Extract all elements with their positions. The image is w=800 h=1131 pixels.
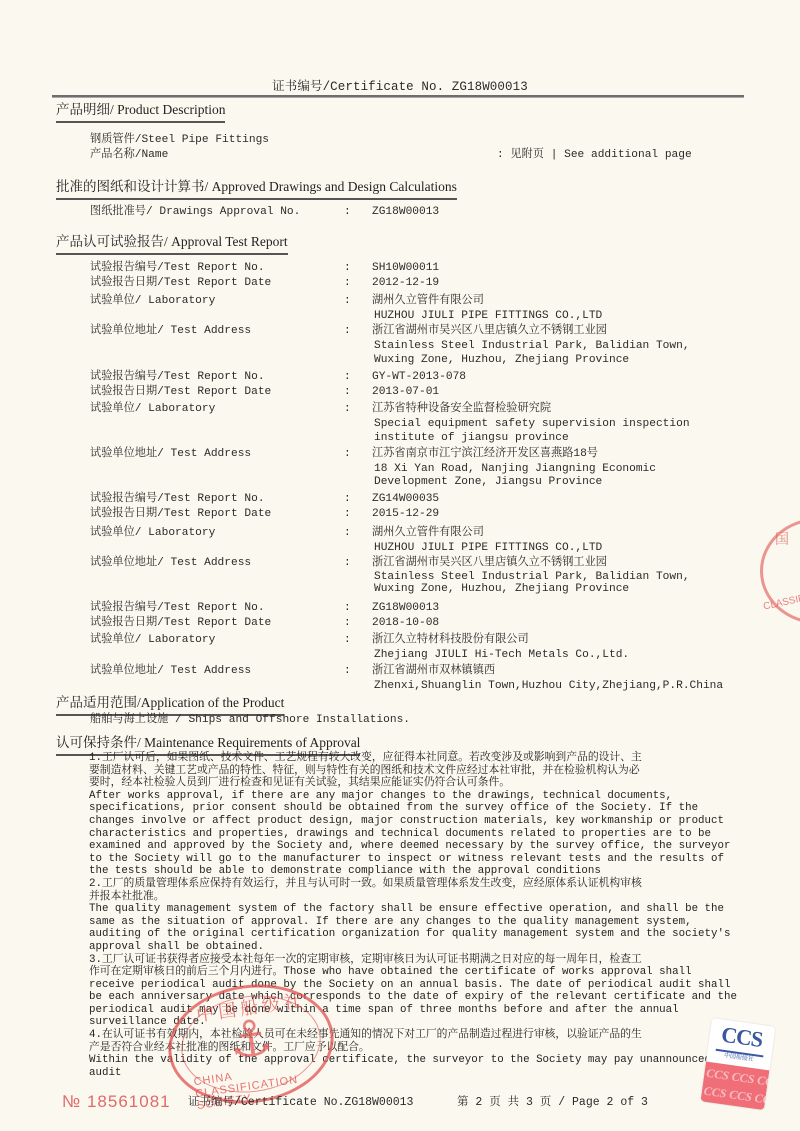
report-no-label: 试验报告编号/Test Report No. — [90, 261, 265, 277]
footer-certificate-number: 证书编号/Certificate No.ZG18W00013 — [188, 1093, 413, 1109]
ccs-seal-stamp-partial: 国 CLASSIFI — [760, 518, 800, 624]
maintenance-line: 2.工厂的质量管理体系应保持有效运行，并且与认可时一致。如果质量管理体系发生改变… — [89, 878, 729, 891]
certificate-page: 证书编号/Certificate No. ZG18W00013 产品明细/ Pr… — [0, 0, 800, 1131]
maintenance-line: auditing of the original certification o… — [89, 928, 729, 941]
maintenance-line: the tests should be able to demonstrate … — [89, 865, 729, 878]
maintenance-line: examined and approved by the Society and… — [89, 840, 729, 853]
certificate-number-header: 证书编号/Certificate No. ZG18W00013 — [0, 76, 800, 94]
colon: : — [344, 507, 351, 523]
application-value: 船舶与海上设施 / Ships and Offshore Installatio… — [90, 713, 410, 729]
address-cn: 浙江省湖州市吴兴区八里店镇久立不锈钢工业园 — [372, 324, 607, 340]
drawings-approval-value: ZG18W00013 — [372, 205, 439, 221]
ccs-security-label: CCS 中国船级社 CCS CCS CCS CCS CCS CCS — [700, 1018, 775, 1110]
colon: : — [344, 633, 351, 649]
address-label: 试验单位地址/ Test Address — [90, 556, 251, 572]
report-date-label: 试验报告日期/Test Report Date — [90, 276, 271, 292]
anchor-icon: ⚓ — [224, 1007, 276, 1071]
serial-number: № 18561081 — [62, 1092, 171, 1112]
section-title-product-description: 产品明细/ Product Description — [56, 98, 225, 123]
page-indicator: 第 2 页 共 3 页 / Page 2 of 3 — [457, 1093, 648, 1109]
colon: : — [344, 294, 351, 310]
maintenance-line: 1.工厂认可后，如果图纸、技术文件、工艺规程有较大改变，应征得本社同意。若改变涉… — [89, 752, 729, 765]
report-date-value: 2015-12-29 — [372, 507, 439, 523]
maintenance-line: 3.工厂认可证书获得者应接受本社每年一次的定期审核，定期审核日为认可证书期满之日… — [89, 954, 729, 967]
laboratory-en: HUZHOU JIULI PIPE FITTINGS CO.,LTD — [374, 541, 602, 557]
maintenance-line: same as the situation of approval. If th… — [89, 916, 729, 929]
address-label: 试验单位地址/ Test Address — [90, 447, 251, 463]
stamp-text-cn: 国 — [775, 529, 789, 549]
address-cn: 浙江省湖州市双林镇镇西 — [372, 664, 495, 680]
product-name-value: : 见附页 | See additional page — [497, 148, 692, 164]
report-no-value: SH10W00011 — [372, 261, 439, 277]
maintenance-line: 作可在定期审核日的前后三个月内进行。Those who have obtaine… — [89, 966, 729, 979]
colon: : — [344, 601, 351, 617]
colon: : — [344, 385, 351, 401]
maintenance-line: receive periodical audit done by the Soc… — [89, 979, 729, 992]
section-title-approval-test-report: 产品认可试验报告/ Approval Test Report — [56, 230, 288, 255]
report-no-label: 试验报告编号/Test Report No. — [90, 601, 265, 617]
report-date-label: 试验报告日期/Test Report Date — [90, 507, 271, 523]
product-name-label: 产品名称/Name — [90, 148, 168, 164]
address-label: 试验单位地址/ Test Address — [90, 664, 251, 680]
maintenance-line: characteristics and properties, drawings… — [89, 828, 729, 841]
address-en-line2: Wuxing Zone, Huzhou, Zhejiang Province — [374, 353, 629, 369]
colon: : — [344, 402, 351, 418]
laboratory-en: Zhejiang JIULI Hi-Tech Metals Co.,Ltd. — [374, 648, 629, 664]
laboratory-label: 试验单位/ Laboratory — [90, 402, 215, 418]
laboratory-cn: 湖州久立管件有限公司 — [372, 294, 484, 310]
report-date-value: 2013-07-01 — [372, 385, 439, 401]
colon: : — [344, 261, 351, 277]
maintenance-line: After works approval, if there are any m… — [89, 790, 729, 803]
report-date-value: 2018-10-08 — [372, 616, 439, 632]
address-en-line2: Wuxing Zone, Huzhou, Zhejiang Province — [374, 582, 629, 598]
maintenance-line: be each anniversary date which correspon… — [89, 991, 729, 1004]
colon: : — [344, 556, 351, 572]
report-date-value: 2012-12-19 — [372, 276, 439, 292]
report-no-value: ZG14W00035 — [372, 492, 439, 508]
product-category: 钢质管件/Steel Pipe Fittings — [90, 133, 269, 149]
colon: : — [344, 664, 351, 680]
laboratory-cn: 浙江久立特材科技股份有限公司 — [372, 633, 529, 649]
report-no-value: GY-WT-2013-078 — [372, 370, 466, 386]
colon: : — [344, 616, 351, 632]
colon: : — [344, 205, 351, 221]
laboratory-label: 试验单位/ Laboratory — [90, 633, 215, 649]
report-date-label: 试验报告日期/Test Report Date — [90, 616, 271, 632]
laboratory-en-line2: institute of jiangsu province — [374, 431, 569, 447]
report-no-label: 试验报告编号/Test Report No. — [90, 492, 265, 508]
stamp-text-en: CLASSIFI — [762, 592, 800, 612]
drawings-approval-label: 图纸批准号/ Drawings Approval No. — [90, 205, 300, 221]
laboratory-cn: 江苏省特种设备安全监督检验研究院 — [372, 402, 551, 418]
address-cn: 江苏省南京市江宁滨江经济开发区喜燕路18号 — [372, 447, 598, 463]
report-date-label: 试验报告日期/Test Report Date — [90, 385, 271, 401]
address-label: 试验单位地址/ Test Address — [90, 324, 251, 340]
report-no-label: 试验报告编号/Test Report No. — [90, 370, 265, 386]
maintenance-line: 要制造材料、关键工艺或产品的特性、特征，则与特性有关的图纸和技术文件应经过本社审… — [89, 765, 729, 778]
colon: : — [344, 276, 351, 292]
maintenance-line: 并报本社批准。 — [89, 891, 729, 904]
laboratory-label: 试验单位/ Laboratory — [90, 294, 215, 310]
maintenance-line: approval shall be obtained. — [89, 941, 729, 954]
laboratory-label: 试验单位/ Laboratory — [90, 526, 215, 542]
colon: : — [344, 447, 351, 463]
maintenance-line: to the Society will go to the manufactur… — [89, 853, 729, 866]
colon: : — [344, 324, 351, 340]
laboratory-cn: 湖州久立管件有限公司 — [372, 526, 484, 542]
address-en-line1: Zhenxi,Shuanglin Town,Huzhou City,Zhejia… — [374, 679, 723, 695]
colon: : — [344, 370, 351, 386]
maintenance-line: 要时，经本社检验人员到厂进行检查和见证有关试验，其结果应能证实仍符合认可条件。 — [89, 777, 729, 790]
section-title-approved-drawings: 批准的图纸和设计计算书/ Approved Drawings and Desig… — [56, 175, 457, 200]
laboratory-en: HUZHOU JIULI PIPE FITTINGS CO.,LTD — [374, 309, 602, 325]
maintenance-line: changes involve or affect product design… — [89, 815, 729, 828]
ccs-security-strip: CCS CCS CCS CCS CCS CCS — [700, 1062, 769, 1111]
address-en-line2: Development Zone, Jiangsu Province — [374, 475, 602, 491]
maintenance-line: specifications, prior consent should be … — [89, 802, 729, 815]
colon: : — [344, 492, 351, 508]
report-no-value: ZG18W00013 — [372, 601, 439, 617]
maintenance-line: The quality management system of the fac… — [89, 903, 729, 916]
colon: : — [344, 526, 351, 542]
